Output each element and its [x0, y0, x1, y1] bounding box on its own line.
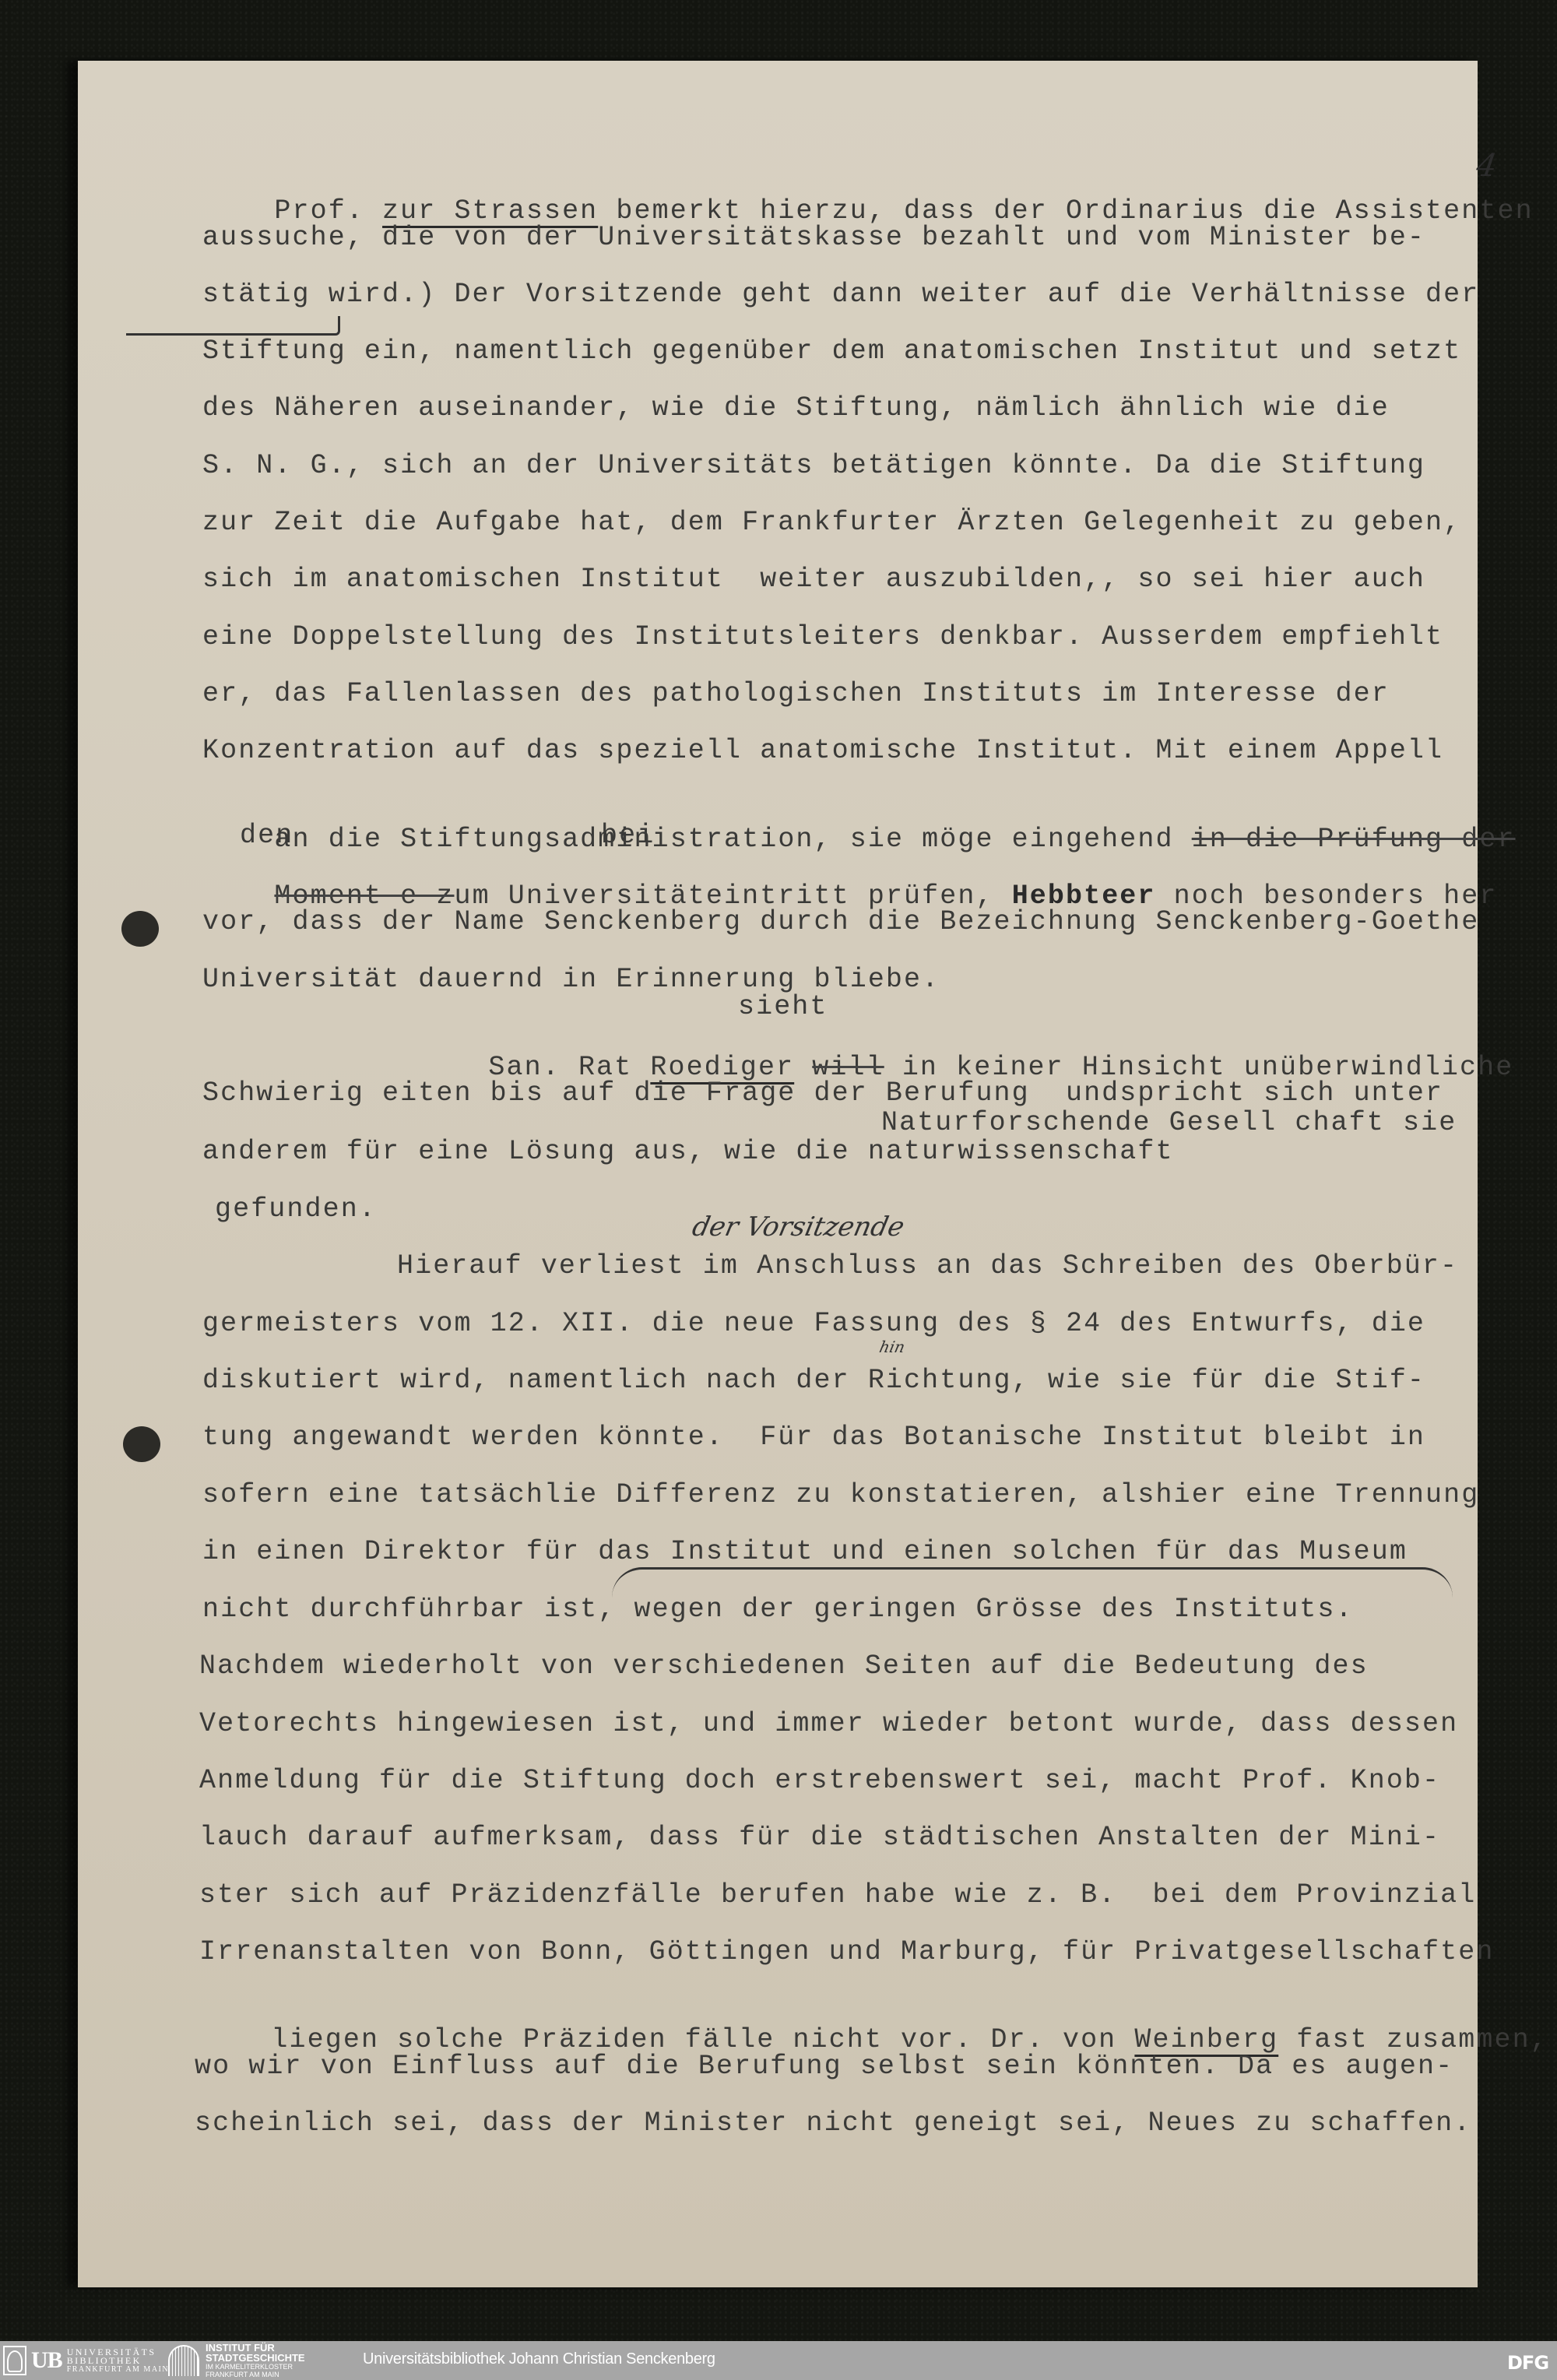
handwritten-insert: hin [877, 1338, 906, 1356]
text-line: diskutiert wird, namentlich nach der Ric… [202, 1365, 1425, 1396]
text-line: eine Doppelstellung des Institutsleiters… [202, 621, 1443, 652]
document-page: 4 Prof. zur Strassen bemerkt hierzu, das… [78, 61, 1478, 2287]
ub-library-logo[interactable]: UB UNIVERSITÄTS BIBLIOTHEK FRANKFURT AM … [3, 2344, 169, 2377]
interlinear-insert: den [240, 820, 293, 851]
text-line: in einen Direktor für das Institut und e… [202, 1536, 1408, 1567]
dfg-logo[interactable]: DFG [1507, 2352, 1548, 2374]
portrait-icon [3, 2346, 26, 2375]
text-line: sofern eine tatsächlie Differenz zu kons… [202, 1479, 1479, 1510]
arch-icon [168, 2345, 199, 2376]
pen-underline-mark [126, 316, 340, 336]
text-line: nicht durchführbar ist, wegen der gering… [202, 1594, 1354, 1625]
text-line: ster sich auf Präzidenzfälle berufen hab… [199, 1879, 1476, 1911]
text-line: zur Zeit die Aufgabe hat, dem Frankfurte… [202, 507, 1461, 538]
interlinear-insert: sieht [738, 991, 828, 1022]
text-line: sich im anatomischen Institut weiter aus… [202, 564, 1425, 595]
text-line: gefunden. [215, 1194, 377, 1225]
text-line: Schwierig eiten bis auf die Frage der Be… [202, 1078, 1443, 1109]
text-line: Irrenanstalten von Bonn, Göttingen und M… [199, 1936, 1494, 1967]
text-line: er, das Fallenlassen des pathologischen … [202, 678, 1390, 709]
punch-hole-bottom [123, 1426, 160, 1462]
interlinear-insert: bei [601, 820, 655, 851]
text-line: Konzentration auf das speziell anatomisc… [202, 735, 1443, 766]
text-line: Universität dauernd in Erinnerung bliebe… [202, 964, 940, 995]
text-line: Hierauf verliest im Anschluss an das Sch… [397, 1250, 1458, 1281]
handwritten-insert: der Vorsitzende [690, 1211, 907, 1243]
text-line: aussuche, die von der Universitätskasse … [202, 222, 1425, 253]
text-line: Nachdem wiederholt von verschiedenen Sei… [199, 1651, 1369, 1682]
text-line: Naturforschende Gesell chaft sie [881, 1107, 1457, 1138]
text-line: stätig wird.) Der Vorsitzende geht dann … [202, 279, 1479, 310]
isg-institute-logo[interactable]: INSTITUT FÜR STADTGESCHICHTE IM KARMELIT… [168, 2344, 305, 2377]
text-line: lauch darauf aufmerksam, dass für die st… [199, 1822, 1440, 1853]
text-line: Stiftung ein, namentlich gegenüber dem a… [202, 336, 1461, 367]
text-line: vor, dass der Name Senckenberg durch die… [202, 906, 1479, 937]
text-line: germeisters vom 12. XII. die neue Fassun… [202, 1308, 1425, 1339]
text-line: tung angewandt werden könnte. Für das Bo… [202, 1422, 1425, 1453]
footer-bar: UB UNIVERSITÄTS BIBLIOTHEK FRANKFURT AM … [0, 2341, 1557, 2380]
text-line: Anmeldung für die Stiftung doch erstrebe… [199, 1765, 1440, 1796]
punch-hole-top [121, 911, 159, 947]
text-line: wo wir von Einfluss auf die Berufung sel… [195, 2051, 1453, 2082]
text-line: S. N. G., sich an der Universitäts betät… [202, 450, 1425, 481]
text-line: Vetorechts hingewiesen ist, und immer wi… [199, 1708, 1458, 1739]
text-line: scheinlich sei, dass der Minister nicht … [195, 2108, 1471, 2139]
text-line: anderem für eine Lösung aus, wie die nat… [202, 1136, 1174, 1167]
text-line: des Näheren auseinander, wie die Stiftun… [202, 392, 1390, 424]
footer-title: Universitätsbibliothek Johann Christian … [363, 2350, 715, 2368]
